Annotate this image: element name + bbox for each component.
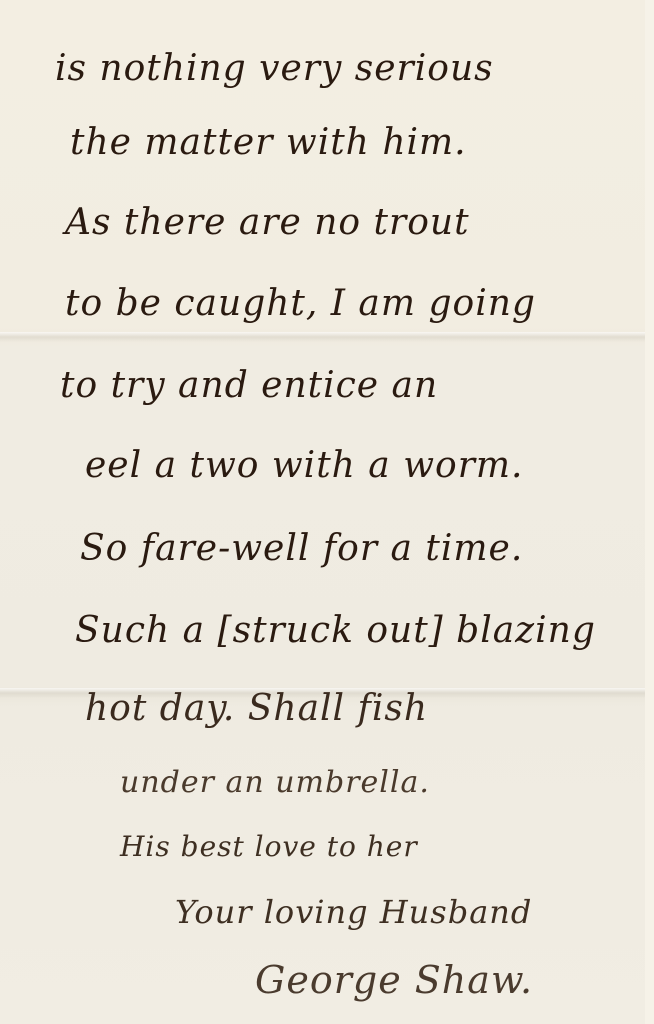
- letter-line: to be caught, I am going: [65, 283, 536, 324]
- letter-page: is nothing very serious the matter with …: [0, 0, 646, 1024]
- letter-line: is nothing very serious: [55, 48, 494, 89]
- paper-fold-line: [0, 332, 645, 342]
- paper-edge: [645, 0, 654, 1024]
- letter-line: eel a two with a worm.: [85, 445, 523, 486]
- letter-line: hot day. Shall fish: [85, 688, 428, 729]
- letter-line: Such a [struck out] blazing: [75, 610, 596, 651]
- letter-line: So fare-well for a time.: [80, 528, 523, 569]
- letter-line: to try and entice an: [60, 365, 438, 406]
- signature: George Shaw.: [255, 958, 533, 1002]
- letter-line: His best love to her: [120, 830, 418, 863]
- closing-line: Your loving Husband: [175, 893, 532, 931]
- letter-line: under an umbrella.: [120, 765, 430, 800]
- letter-line: As there are no trout: [65, 202, 470, 243]
- letter-line: the matter with him.: [70, 122, 467, 163]
